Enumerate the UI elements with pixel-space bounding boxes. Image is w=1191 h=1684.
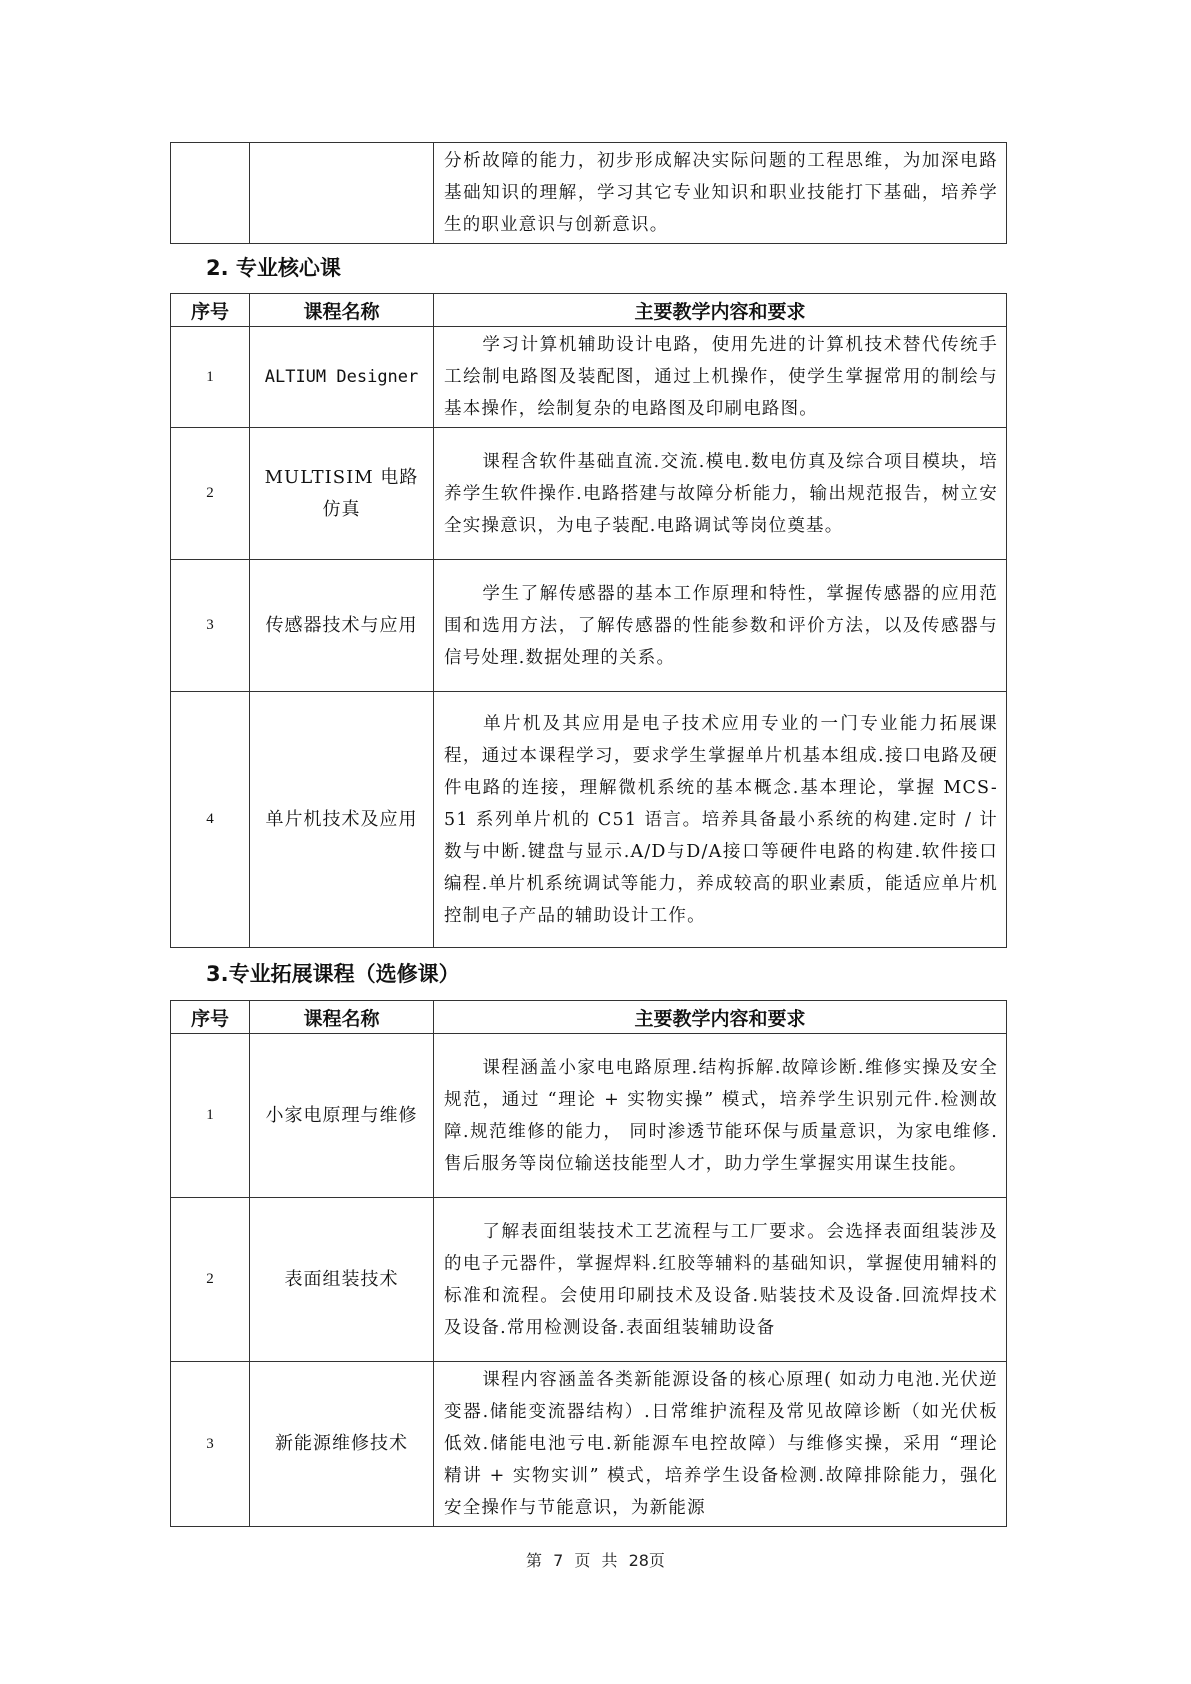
course-content-text: 单片机及其应用是电子技术应用专业的一门专业能力拓展课程，通过本课程学习，要求学生… — [444, 714, 998, 926]
course-name: 表面组装技术 — [250, 1198, 434, 1362]
header-content: 主要教学内容和要求 — [434, 294, 1007, 327]
table-row: 2 MULTISIM 电路仿真 课程含软件基础直流.交流.模电.数电仿真及综合项… — [171, 428, 1007, 560]
page-number-footer: 第 7 页 共 28页 — [0, 1548, 1191, 1571]
table-header-row: 序号 课程名称 主要教学内容和要求 — [171, 294, 1007, 327]
header-content: 主要教学内容和要求 — [434, 1001, 1007, 1034]
row-index: 1 — [171, 1034, 250, 1198]
continued-course-table: 分析故障的能力，初步形成解决实际问题的工程思维，为加深电路基础知识的理解，学习其… — [170, 142, 1007, 244]
course-name: MULTISIM 电路仿真 — [250, 428, 434, 560]
course-name — [250, 143, 434, 244]
course-content-text: 了解表面组装技术工艺流程与工厂要求。会选择表面组装涉及的电子元器件，掌握焊料.红… — [444, 1222, 998, 1338]
course-content-text: 学生了解传感器的基本工作原理和特性，掌握传感器的应用范围和选用方法，了解传感器的… — [444, 584, 998, 668]
table-row: 3 新能源维修技术 课程内容涵盖各类新能源设备的核心原理( 如动力电池.光伏逆变… — [171, 1362, 1007, 1527]
row-index: 2 — [171, 1198, 250, 1362]
row-index: 1 — [171, 327, 250, 428]
row-index — [171, 143, 250, 244]
course-name: ALTIUM Designer — [250, 327, 434, 428]
course-content: 课程含软件基础直流.交流.模电.数电仿真及综合项目模块，培养学生软件操作.电路搭… — [434, 428, 1007, 560]
elective-course-table: 序号 课程名称 主要教学内容和要求 1 小家电原理与维修 课程涵盖小家电电路原理… — [170, 1000, 1007, 1527]
course-content: 了解表面组装技术工艺流程与工厂要求。会选择表面组装涉及的电子元器件，掌握焊料.红… — [434, 1198, 1007, 1362]
course-content: 单片机及其应用是电子技术应用专业的一门专业能力拓展课程，通过本课程学习，要求学生… — [434, 692, 1007, 948]
course-content: 课程涵盖小家电电路原理.结构拆解.故障诊断.维修实操及安全规范，通过 “理论 +… — [434, 1034, 1007, 1198]
document-page: 分析故障的能力，初步形成解决实际问题的工程思维，为加深电路基础知识的理解，学习其… — [0, 0, 1191, 1684]
course-content-text: 学习计算机辅助设计电路，使用先进的计算机技术替代传统手工绘制电路图及装配图，通过… — [444, 335, 998, 419]
row-index: 3 — [171, 1362, 250, 1527]
course-name: 新能源维修技术 — [250, 1362, 434, 1527]
course-content: 课程内容涵盖各类新能源设备的核心原理( 如动力电池.光伏逆变器.储能变流器结构）… — [434, 1362, 1007, 1527]
course-content: 学习计算机辅助设计电路，使用先进的计算机技术替代传统手工绘制电路图及装配图，通过… — [434, 327, 1007, 428]
header-course: 课程名称 — [250, 294, 434, 327]
table-row: 4 单片机技术及应用 单片机及其应用是电子技术应用专业的一门专业能力拓展课程，通… — [171, 692, 1007, 948]
course-content: 分析故障的能力，初步形成解决实际问题的工程思维，为加深电路基础知识的理解，学习其… — [434, 143, 1007, 244]
section-title-elective-courses: 3.专业拓展课程（选修课） — [206, 958, 460, 988]
table-header-row: 序号 课程名称 主要教学内容和要求 — [171, 1001, 1007, 1034]
section-title-core-courses: 2. 专业核心课 — [206, 252, 341, 282]
header-course: 课程名称 — [250, 1001, 434, 1034]
course-name: 小家电原理与维修 — [250, 1034, 434, 1198]
core-course-table: 序号 课程名称 主要教学内容和要求 1 ALTIUM Designer 学习计算… — [170, 293, 1007, 948]
table-row: 分析故障的能力，初步形成解决实际问题的工程思维，为加深电路基础知识的理解，学习其… — [171, 143, 1007, 244]
row-index: 4 — [171, 692, 250, 948]
row-index: 2 — [171, 428, 250, 560]
header-index: 序号 — [171, 1001, 250, 1034]
table-row: 1 小家电原理与维修 课程涵盖小家电电路原理.结构拆解.故障诊断.维修实操及安全… — [171, 1034, 1007, 1198]
course-name: 传感器技术与应用 — [250, 560, 434, 692]
row-index: 3 — [171, 560, 250, 692]
table-row: 3 传感器技术与应用 学生了解传感器的基本工作原理和特性，掌握传感器的应用范围和… — [171, 560, 1007, 692]
course-name: 单片机技术及应用 — [250, 692, 434, 948]
course-content-text: 课程涵盖小家电电路原理.结构拆解.故障诊断.维修实操及安全规范，通过 “理论 +… — [444, 1058, 998, 1174]
header-index: 序号 — [171, 294, 250, 327]
table-row: 1 ALTIUM Designer 学习计算机辅助设计电路，使用先进的计算机技术… — [171, 327, 1007, 428]
course-content-text: 课程内容涵盖各类新能源设备的核心原理( 如动力电池.光伏逆变器.储能变流器结构）… — [444, 1370, 998, 1518]
course-content: 学生了解传感器的基本工作原理和特性，掌握传感器的应用范围和选用方法，了解传感器的… — [434, 560, 1007, 692]
table-row: 2 表面组装技术 了解表面组装技术工艺流程与工厂要求。会选择表面组装涉及的电子元… — [171, 1198, 1007, 1362]
course-content-text: 课程含软件基础直流.交流.模电.数电仿真及综合项目模块，培养学生软件操作.电路搭… — [444, 452, 998, 536]
